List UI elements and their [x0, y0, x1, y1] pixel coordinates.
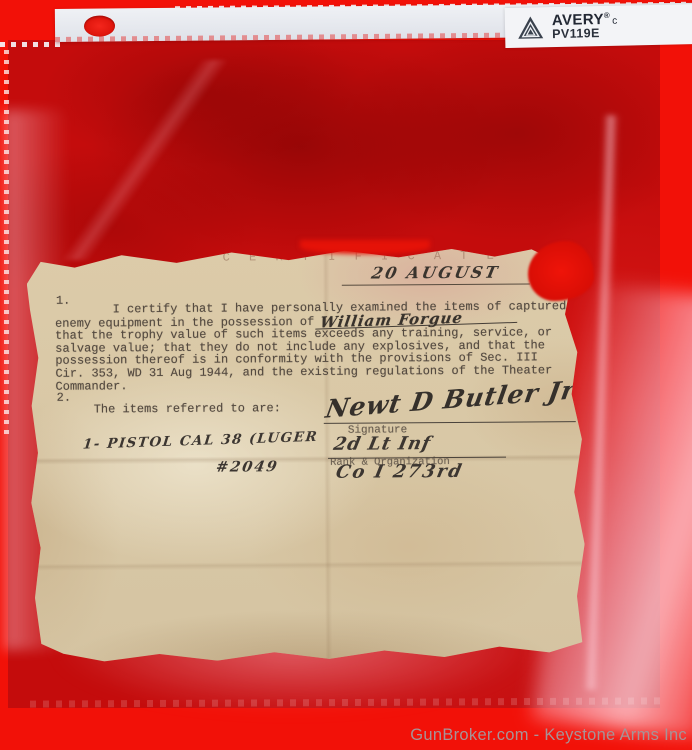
company-handwritten: Co I 273rd: [334, 461, 465, 483]
binder-hole: [84, 15, 115, 36]
section-2-number: 2.: [57, 391, 72, 405]
handwritten-date: 20 AUGUST: [370, 263, 502, 283]
item-line-pistol: 1- PISTOL CAL 38 (LUGER: [82, 429, 319, 453]
sleeve-weld-dots-left: [4, 50, 9, 440]
watermark-text: GunBroker.com - Keystone Arms Inc: [410, 726, 687, 745]
rank-handwritten: 2d Lt Inf: [332, 433, 433, 455]
date-underline: 20 AUGUST: [342, 262, 530, 285]
avery-triangle-logo-icon: [517, 15, 544, 40]
registered-mark: ®: [604, 10, 610, 19]
item-line-serial: #2049: [215, 458, 280, 475]
avery-product-code: PV119E: [552, 27, 618, 41]
fabric-overlap-top-right: [528, 241, 594, 301]
avery-label-text: AVERY®c PV119E: [552, 11, 618, 41]
items-intro-line: The items referred to are:: [94, 401, 281, 416]
certification-paragraph: I certify that I have personally examine…: [55, 300, 576, 393]
signature-line: [324, 421, 576, 424]
fabric-overlap-top-edge: [300, 240, 430, 254]
avery-grade: c: [612, 15, 618, 26]
sleeve-perforation-left: [0, 42, 62, 47]
avery-label: AVERY®c PV119E: [505, 4, 692, 48]
listing-photo: AVERY®c PV119E C E R T I F I C A T E 20 …: [0, 0, 692, 750]
capture-certificate-document: C E R T I F I C A T E 20 AUGUST 1945 1. …: [27, 244, 588, 666]
